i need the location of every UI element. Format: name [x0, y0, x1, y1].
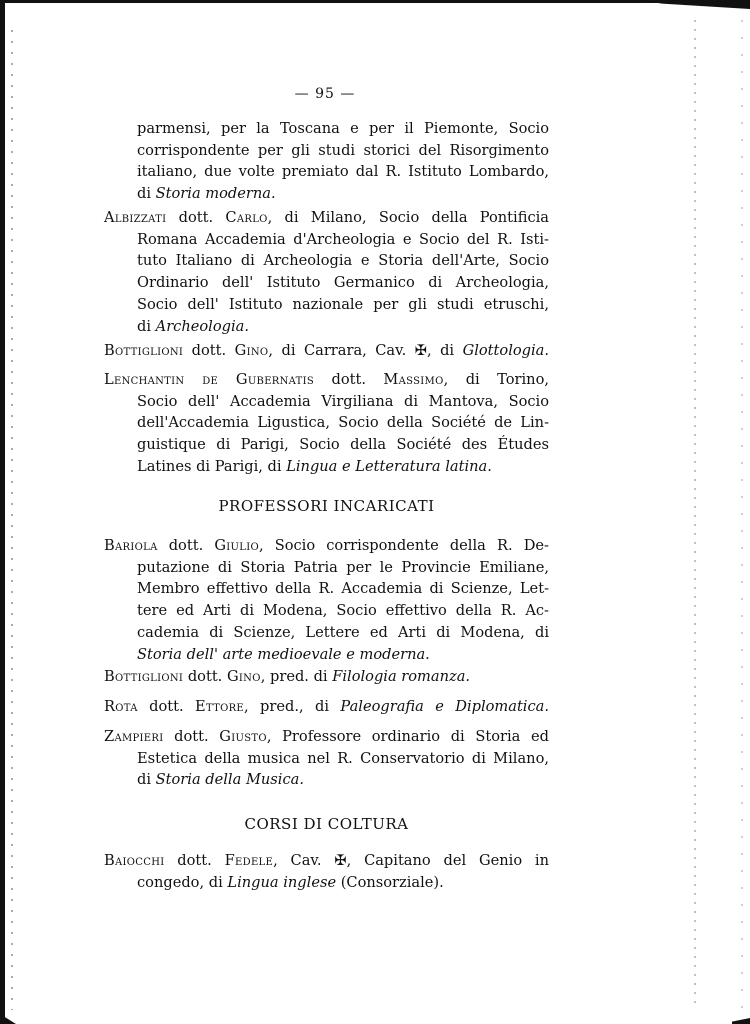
text-line: di Storia moderna.: [137, 183, 549, 205]
text-line: dell'Accademia Ligustica, Socio della So…: [137, 412, 549, 434]
scan-noise-far-right: [741, 20, 743, 1010]
scan-edge-top: [0, 0, 750, 3]
text-line: corrispondente per gli studi storici del…: [137, 140, 549, 162]
subject: Paleografia e Diplomatica.: [340, 698, 549, 715]
entry-first-line: Baiocchi dott. Fedele, Cav. ✠, Capitano …: [104, 850, 549, 872]
entry-first-line: Albizzati dott. Carlo, di Milano, Socio …: [104, 207, 549, 229]
surname: Albizzati: [104, 209, 166, 226]
entry-first-line: Zampieri dott. Giusto, Professore ordina…: [104, 726, 549, 748]
entry-first-line: Bottiglioni dott. Gino, di Carrara, Cav.…: [104, 340, 549, 362]
given-name: Massimo: [383, 371, 443, 388]
entry-first-line: Lenchantin de Gubernatis dott. Massimo, …: [104, 369, 549, 391]
section-heading-coltura: CORSI DI COLTURA: [104, 815, 549, 833]
subject: Storia dell' arte medioevale e moderna.: [137, 644, 549, 666]
surname: Zampieri: [104, 728, 163, 745]
text-line: Membro effettivo della R. Accademia di S…: [137, 578, 549, 600]
surname: Lenchantin de Gubernatis: [104, 371, 314, 388]
entry-first-line: Rota dott. Ettore, pred., di Paleografia…: [104, 696, 549, 718]
text-line: Latines di Parigi, di Lingua e Letteratu…: [137, 456, 549, 478]
entry-bottiglioni: Bottiglioni dott. Gino, di Carrara, Cav.…: [104, 340, 549, 362]
scan-corner-bottom-right: [732, 1018, 750, 1024]
text-line: congedo, di Lingua inglese (Consorziale)…: [137, 872, 549, 894]
subject: Glottologia.: [463, 342, 549, 359]
surname: Baiocchi: [104, 852, 164, 869]
entry-lenchantin: Lenchantin de Gubernatis dott. Massimo, …: [104, 369, 549, 478]
entry-bottiglioni-pred: Bottiglioni dott. Gino, pred. di Filolog…: [104, 666, 549, 688]
entry-zampieri: Zampieri dott. Giusto, Professore ordina…: [104, 726, 549, 791]
surname: Bottiglioni: [104, 342, 183, 359]
entry-baiocchi: Baiocchi dott. Fedele, Cav. ✠, Capitano …: [104, 850, 549, 893]
text-line: Socio dell' Istituto nazionale per gli s…: [137, 294, 549, 316]
text-line: guistique di Parigi, Socio della Société…: [137, 434, 549, 456]
subject: Lingua e Letteratura latina.: [286, 458, 492, 475]
subject: Storia moderna.: [156, 185, 276, 202]
surname: Bottiglioni: [104, 668, 183, 685]
entry-first-line: Bariola dott. Giulio, Socio corrisponden…: [104, 535, 549, 557]
text-line: tere ed Arti di Modena, Socio effettivo …: [137, 600, 549, 622]
text-line: italiano, due volte premiato dal R. Isti…: [137, 161, 549, 183]
given-name: Gino: [235, 342, 269, 359]
scanned-page: — 95 — parmensi, per la Toscana e per il…: [0, 0, 750, 1024]
surname: Rota: [104, 698, 138, 715]
given-name: Giusto: [219, 728, 267, 745]
text-line: di Archeologia.: [137, 316, 549, 338]
text-line: putazione di Storia Patria per le Provin…: [137, 557, 549, 579]
entry-first-line: Bottiglioni dott. Gino, pred. di Filolog…: [104, 666, 549, 688]
text-line: Ordinario dell' Istituto Germanico di Ar…: [137, 272, 549, 294]
entry-bariola: Bariola dott. Giulio, Socio corrisponden…: [104, 535, 549, 665]
subject: Lingua inglese: [227, 874, 336, 891]
text-line: cademia di Scienze, Lettere ed Arti di M…: [137, 622, 549, 644]
given-name: Gino: [227, 668, 261, 685]
scan-noise-right: [694, 20, 696, 1010]
scan-edge-top-right: [640, 0, 750, 9]
text-line: Estetica della musica nel R. Conservator…: [137, 748, 549, 770]
section-heading-incaricati: PROFESSORI INCARICATI: [104, 497, 549, 515]
given-name: Ettore: [195, 698, 244, 715]
surname: Bariola: [104, 537, 158, 554]
intro-continuation: parmensi, per la Toscana e per il Piemon…: [104, 118, 549, 205]
given-name: Fedele: [225, 852, 273, 869]
scan-corner-bottom-left: [0, 1014, 16, 1024]
given-name: Carlo: [225, 209, 267, 226]
text-line: Socio dell' Accademia Virgiliana di Mant…: [137, 391, 549, 413]
text-line: tuto Italiano di Archeologia e Storia de…: [137, 250, 549, 272]
subject: Filologia romanza.: [332, 668, 470, 685]
scan-edge-left: [0, 0, 5, 1024]
entry-rota: Rota dott. Ettore, pred., di Paleografia…: [104, 696, 549, 718]
given-name: Giulio: [214, 537, 259, 554]
text-line: parmensi, per la Toscana e per il Piemon…: [137, 118, 549, 140]
scan-noise-left: [11, 30, 13, 1010]
text-line: Romana Accademia d'Archeologia e Socio d…: [137, 229, 549, 251]
entry-albizzati: Albizzati dott. Carlo, di Milano, Socio …: [104, 207, 549, 337]
text-line: di Storia della Musica.: [137, 769, 549, 791]
page-number: — 95 —: [0, 86, 650, 102]
subject: Storia della Musica.: [156, 771, 304, 788]
subject: Archeologia.: [156, 318, 249, 335]
